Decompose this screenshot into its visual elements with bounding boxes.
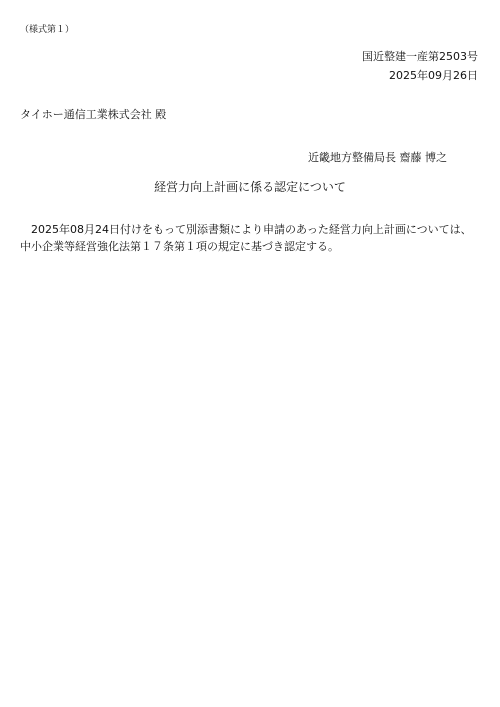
document-date: 2025年09月26日 xyxy=(389,67,478,83)
sender: 近畿地方整備局長 齋藤 博之 xyxy=(308,149,447,165)
document-number: 国近整建一産第2503号 xyxy=(362,48,478,64)
body-line: 中小企業等経営強化法第１７条第１項の規定に基づき認定する。 xyxy=(20,238,490,255)
subject-title: 経営力向上計画に係る認定について xyxy=(0,178,500,195)
body-text: 2025年08月24日付けをもって別添書類により申請のあった経営力向上計画につい… xyxy=(20,221,490,255)
recipient: タイホー通信工業株式会社 殿 xyxy=(20,106,166,122)
form-label: （様式第１） xyxy=(20,22,74,35)
body-line: 2025年08月24日付けをもって別添書類により申請のあった経営力向上計画につい… xyxy=(20,221,490,238)
